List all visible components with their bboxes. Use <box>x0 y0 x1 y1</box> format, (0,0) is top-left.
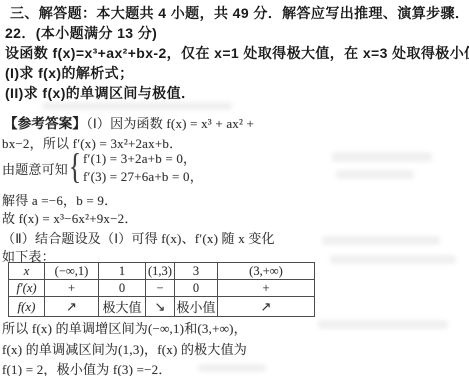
scan-artifact <box>336 170 414 179</box>
table-cell: f′(x) <box>9 280 45 297</box>
problem-number-line: 22．(本小题满分 13 分) <box>5 23 157 43</box>
scan-artifact <box>198 364 266 372</box>
equation-system: 由题意可知 { f′(1) = 3+2a+b = 0， f′(3) = 27+6… <box>2 150 203 186</box>
table-row-function: f(x) ↗ 极大值 ↘ 极小值 ↗ <box>9 297 315 317</box>
exam-document-page: 三、解答题：本大题共 4 小题，共 49 分．解答应写出推理、演算步骤． 22．… <box>0 0 469 376</box>
table-cell: + <box>218 280 315 297</box>
problem-part1: (I)求 f(x)的解析式； <box>5 63 133 83</box>
table-cell: f(x) <box>9 297 45 317</box>
system-intro: 由题意可知 <box>2 159 68 178</box>
table-row-x: x (−∞,1) 1 (1,3) 3 (3,+∞) <box>9 263 315 280</box>
system-equation-2: f′(3) = 27+6a+b = 0， <box>83 168 203 186</box>
problem-part2: (II)求 f(x)的单调区间与极值． <box>5 83 195 103</box>
system-equations: f′(1) = 3+2a+b = 0， f′(3) = 27+6a+b = 0， <box>83 150 203 186</box>
table-cell: (1,3) <box>146 263 175 280</box>
problem-statement: 设函数 f(x)=x³+ax²+bx-2，仅在 x=1 处取得极大值，在 x=3… <box>5 43 469 63</box>
table-cell: ↘ <box>146 297 175 317</box>
conclusion-line-2: f(x) 的单调减区间为(1,3)，f(x) 的极大值为 <box>2 339 247 358</box>
brace-glyph: { <box>69 148 81 189</box>
table-cell: ↗ <box>45 297 99 317</box>
scan-artifact <box>330 255 456 264</box>
table-row-derivative: f′(x) + 0 − 0 + <box>9 280 315 297</box>
scan-artifact <box>42 102 232 110</box>
part2-intro-line1: （Ⅱ）结合题设及（Ⅰ）可得 f(x)、f′(x) 随 x 变化 <box>2 228 275 247</box>
scan-artifact <box>318 320 448 329</box>
table-cell: 极大值 <box>99 297 146 317</box>
table-cell: 1 <box>99 263 146 280</box>
function-result-line: 故 f(x) = x³−6x²+9x−2． <box>2 208 138 227</box>
table-cell: 0 <box>99 280 146 297</box>
table-cell: (3,+∞) <box>218 263 315 280</box>
system-equation-1: f′(1) = 3+2a+b = 0， <box>83 150 203 168</box>
conclusion-line-1: 所以 f(x) 的单调增区间为(−∞,1)和(3,+∞)， <box>2 318 247 337</box>
table-cell: 0 <box>175 280 218 297</box>
table-cell: (−∞,1) <box>45 263 99 280</box>
scan-artifact <box>322 236 440 245</box>
table-cell: 3 <box>175 263 218 280</box>
section-header: 三、解答题：本大题共 4 小题，共 49 分．解答应写出推理、演算步骤． <box>10 3 469 23</box>
scan-artifact <box>332 152 432 162</box>
table-cell: + <box>45 280 99 297</box>
table-cell: 极小值 <box>175 297 218 317</box>
table-cell: − <box>146 280 175 297</box>
table-cell: ↗ <box>218 297 315 317</box>
answer-line-1-text: （Ⅰ）因为函数 f(x) = x³ + ax² + <box>86 116 254 131</box>
conclusion-line-3: f(1) = 2，极小值为 f(3) =−2． <box>2 359 172 376</box>
reference-answer-label: 【参考答案】 <box>4 116 86 131</box>
solve-line: 解得 a =−6，b = 9． <box>2 190 117 209</box>
answer-line-1: 【参考答案】（Ⅰ）因为函数 f(x) = x³ + ax² + <box>4 112 254 132</box>
table-cell: x <box>9 263 45 280</box>
monotonicity-sign-table: x (−∞,1) 1 (1,3) 3 (3,+∞) f′(x) + 0 − 0 … <box>8 262 315 317</box>
